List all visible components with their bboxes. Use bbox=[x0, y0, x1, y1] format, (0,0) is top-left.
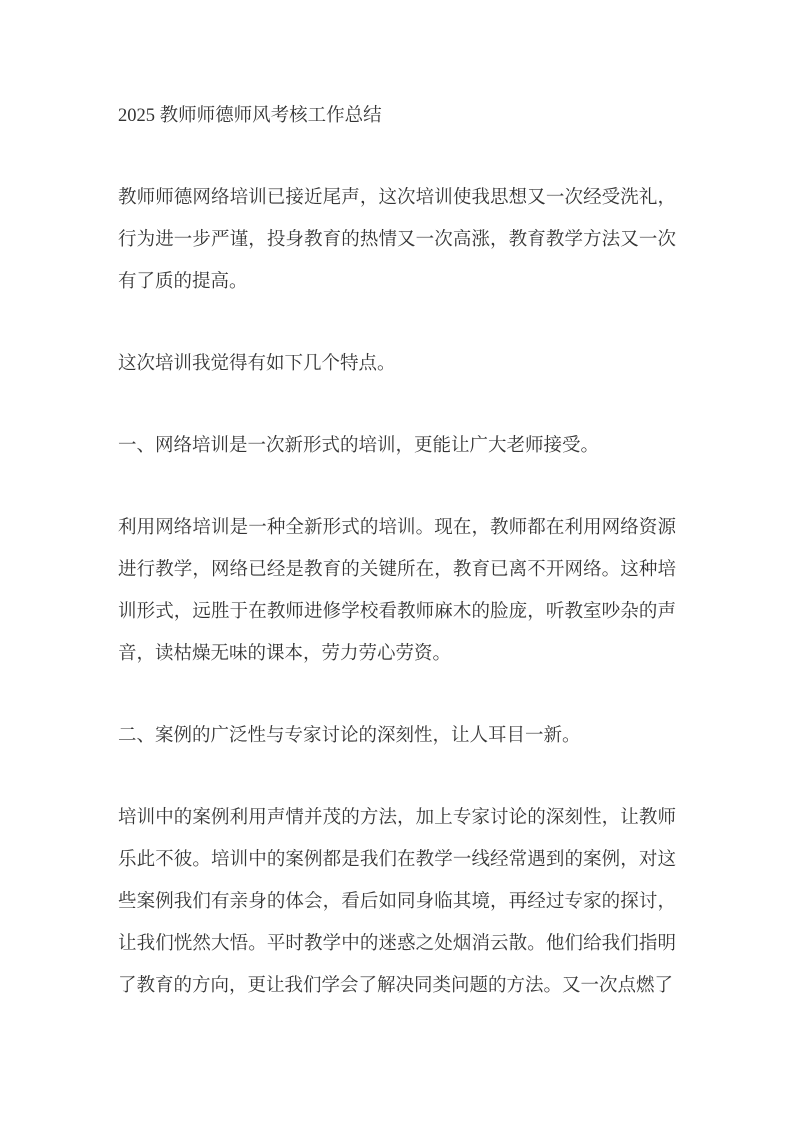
paragraph-point-two-body: 培训中的案例利用声情并茂的方法，加上专家讨论的深刻性，让教师乐此不彼。培训中的案… bbox=[118, 797, 676, 1007]
document-title: 2025 教师师德师风考核工作总结 bbox=[118, 95, 676, 137]
document-page: 2025 教师师德师风考核工作总结 教师师德网络培训已接近尾声，这次培训使我思想… bbox=[118, 95, 676, 1007]
heading-point-one: 一、网络培训是一次新形式的培训，更能让广大老师接受。 bbox=[118, 425, 676, 467]
paragraph-features-lead: 这次培训我觉得有如下几个特点。 bbox=[118, 343, 676, 385]
paragraph-point-one-body: 利用网络培训是一种全新形式的培训。现在，教师都在利用网络资源进行教学，网络已经是… bbox=[118, 507, 676, 675]
heading-point-two: 二、案例的广泛性与专家讨论的深刻性，让人耳目一新。 bbox=[118, 715, 676, 757]
paragraph-intro: 教师师德网络培训已接近尾声，这次培训使我思想又一次经受洗礼，行为进一步严谨，投身… bbox=[118, 177, 676, 303]
